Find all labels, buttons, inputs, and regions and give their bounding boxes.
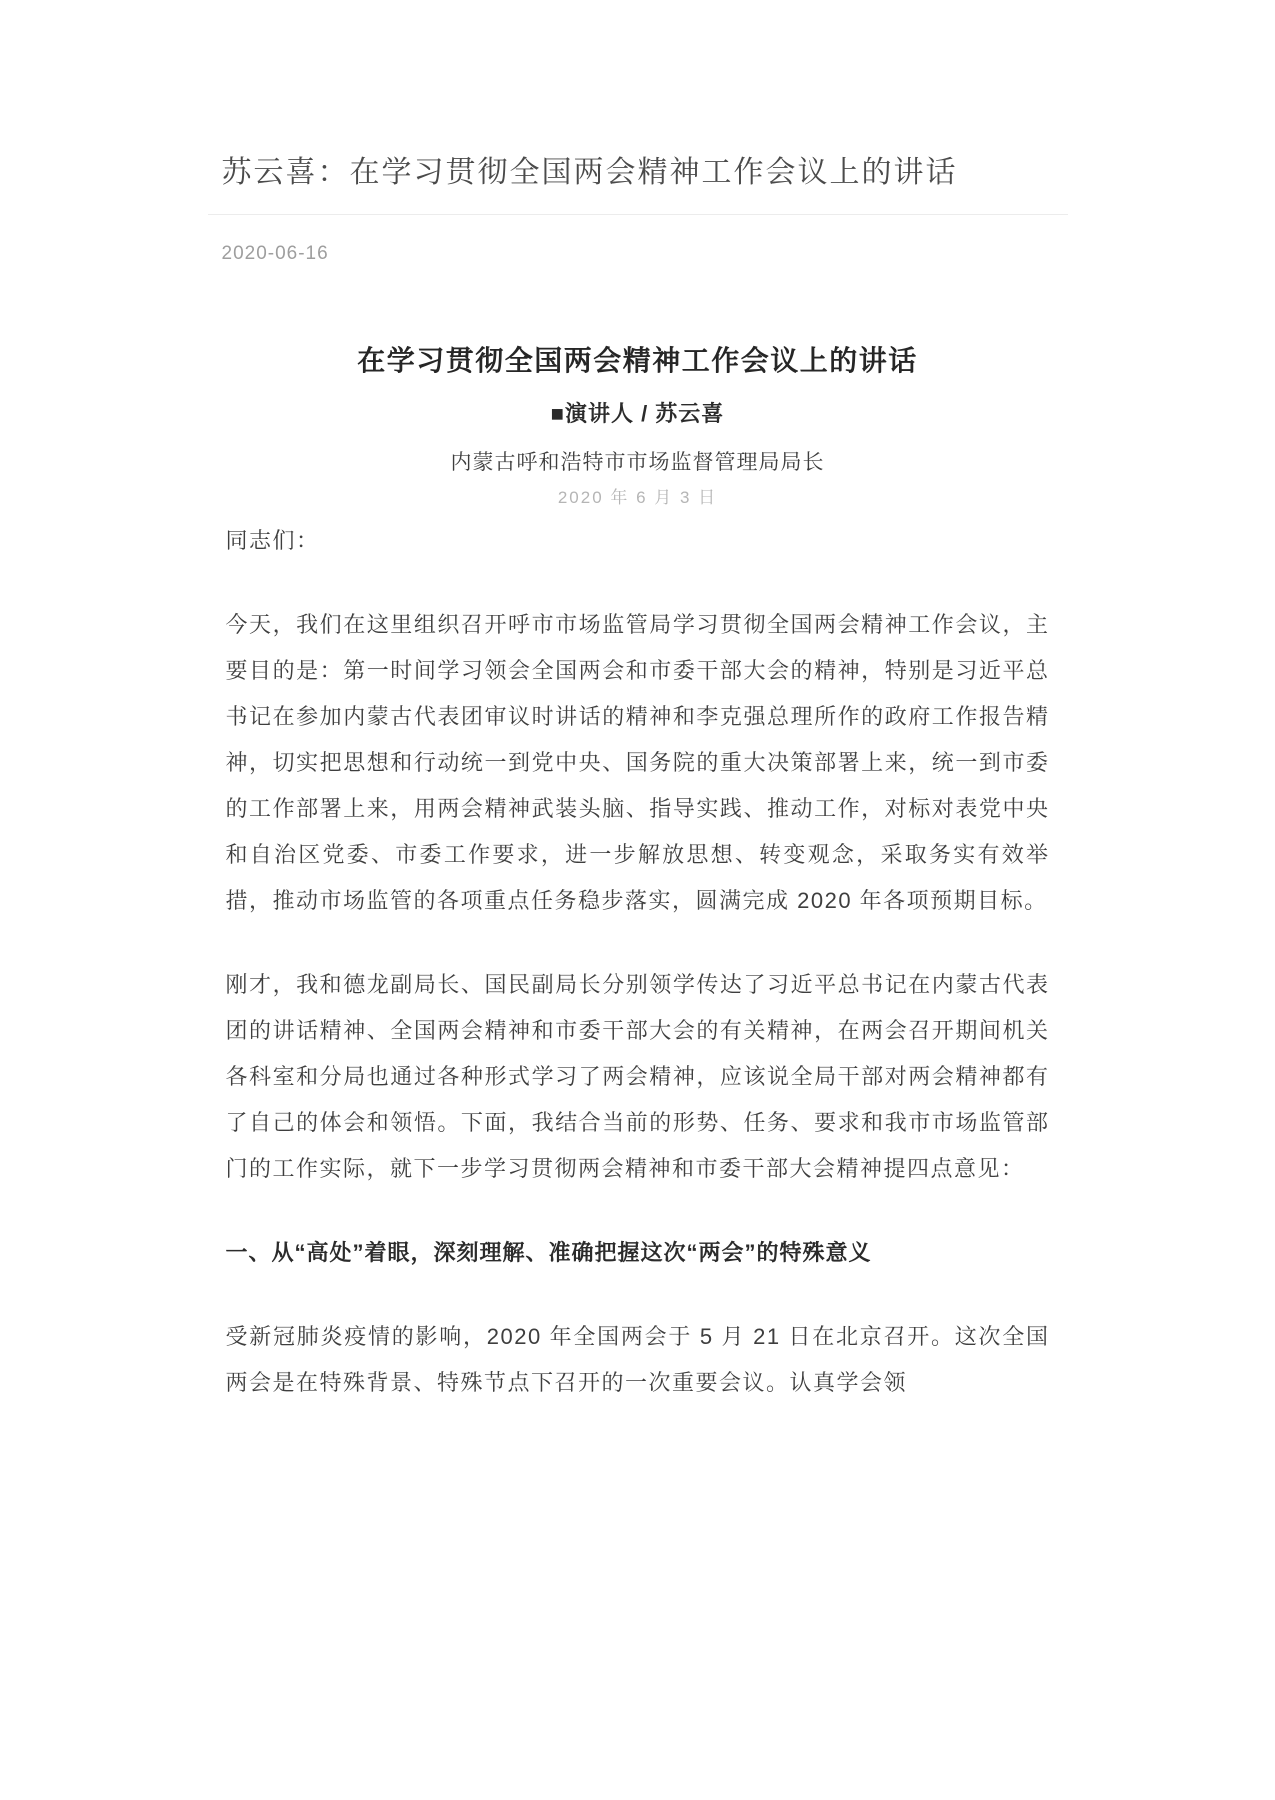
page-title: 苏云喜：在学习贯彻全国两会精神工作会议上的讲话 (208, 150, 1068, 196)
title-divider (208, 214, 1068, 215)
article-heading: 在学习贯彻全国两会精神工作会议上的讲话 (208, 339, 1068, 383)
document-page: 苏云喜：在学习贯彻全国两会精神工作会议上的讲话 2020-06-16 在学习贯彻… (208, 150, 1068, 1800)
speech-date: 2020 年 6 月 3 日 (208, 486, 1068, 510)
article-body: 在学习贯彻全国两会精神工作会议上的讲话 ■演讲人 / 苏云喜 内蒙古呼和浩特市市… (208, 339, 1068, 1406)
section-heading: 一、从“高处”着眼，深刻理解、准确把握这次“两会”的特殊意义 (208, 1230, 1068, 1276)
salutation: 同志们： (208, 518, 1068, 564)
speaker-line: ■演讲人 / 苏云喜 (208, 397, 1068, 430)
speaker-affiliation: 内蒙古呼和浩特市市场监督管理局局长 (208, 448, 1068, 478)
paragraph-2: 刚才，我和德龙副局长、国民副局长分别领学传达了习近平总书记在内蒙古代表团的讲话精… (208, 962, 1068, 1192)
publish-date: 2020-06-16 (208, 241, 1068, 267)
paragraph-3: 受新冠肺炎疫情的影响，2020 年全国两会于 5 月 21 日在北京召开。这次全… (208, 1314, 1068, 1406)
paragraph-1: 今天，我们在这里组织召开呼市市场监管局学习贯彻全国两会精神工作会议，主要目的是：… (208, 602, 1068, 924)
